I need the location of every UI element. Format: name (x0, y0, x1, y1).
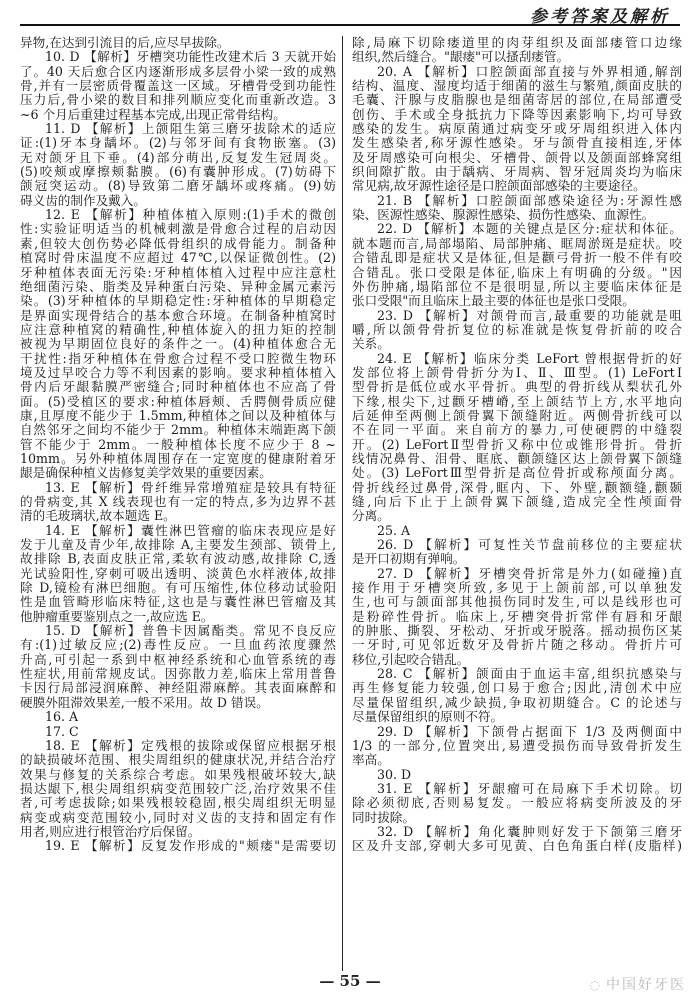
watermark: ◌中国好牙医 (590, 974, 686, 994)
text-line: 压力后,骨小梁的数目和排列顺应变化而重新改造。3 (20, 93, 336, 107)
text-line: 干扰性:指牙种植体在骨愈合过程不受口腔微生物环 (20, 352, 336, 366)
text-line: 的缺损破坏范围、根尖周组织的健康状况,并结合治疗 (20, 753, 336, 767)
text-line: 11. D 【解析】上颌阻生第三磨牙拔除术的适应 (20, 122, 336, 136)
text-line: 卡因行局部浸润麻醉、神经阻滞麻醉。其表面麻醉和 (20, 681, 336, 695)
text-line: 线情况鼻骨、泪骨、眶底、颧颌缝区达上颌骨翼下颌缝 (352, 452, 682, 466)
text-line: 境及过早咬合力等不利因素的影响。要求种植体植入 (20, 366, 336, 380)
text-line: 除必须彻底,否则易复发。一般应将病变所波及的牙 (352, 796, 682, 810)
text-line: 证:(1)牙本身龋坏。(2)与邻牙间有食物嵌塞。(3) (20, 136, 336, 150)
text-line: 骨内后牙龈黏膜严密缝合;同时种植体也不应高了骨 (20, 380, 336, 394)
text-line: 22. D 【解析】本题的关键点是区分:症状和体征。 (352, 222, 682, 236)
text-line: 绝细菌污染、脂类及异种蛋白污染、异种金属元素污 (20, 280, 336, 294)
left-column: 异物,在达到引流目的后,应尽早拔除。10. D 【解析】牙槽突功能性改建术后 3… (20, 36, 336, 854)
text-line: 10. D 【解析】牙槽突功能性改建术后 3 天就开始 (20, 50, 336, 64)
text-line: 同时拔除。 (352, 811, 682, 825)
text-line: 的骨病变,其 X 线表现也有一定的特点,多为边界不甚 (20, 495, 336, 509)
text-line: 光试验阳性,穿刺可吸出透明、淡黄色水样液体,故排 (20, 567, 336, 581)
text-line: 感染的发生。病原菌通过病变牙或牙周组织进入体内 (352, 122, 682, 136)
text-line: 25. A (352, 524, 682, 538)
text-line: 创伤、手术或全身抵抗力下降等因素影响下,均可导致 (352, 108, 682, 122)
text-line: 接作用于牙槽突所致,多见于上颌前部,可以单独发 (352, 581, 682, 595)
text-line: 32. D 【解析】角化囊肿则好发于下颌第三磨牙 (352, 825, 682, 839)
text-line: 16. A (20, 710, 336, 724)
text-line: 骨,并有一层密质骨覆盖这一区域。牙槽骨受到功能性 (20, 79, 336, 93)
text-line: 20. A 【解析】口腔颌面部直接与外界相通,解剖 (352, 65, 682, 79)
text-line: 12. E 【解析】种植体植入原则:(1)手术的微创 (20, 208, 336, 222)
text-line: 故排除 B,表面皮肤正常,柔软有波动感,故排除 C,透 (20, 552, 336, 566)
text-line: 病变或病变范围较小,同时对义齿的支持和固定有作 (20, 811, 336, 825)
text-line: 毛囊、汗腺与皮脂腺也是细菌寄居的部位,在局部遭受 (352, 93, 682, 107)
text-line: 无对颌牙且下垂。(4)部分萌出,反复发生冠周炎。 (20, 151, 336, 165)
text-line: 素,但较大创伤势必降低骨组织的成骨能力。制备种 (20, 237, 336, 251)
text-line: 生,也可与颌面部其他损伤同时发生,可以是线形也可 (352, 595, 682, 609)
text-line: 开。(2) LeFortⅡ型骨折又称中位或锥形骨折。骨折 (352, 438, 682, 452)
text-line: 性:实验证明适当的机械刺激是骨愈合过程的启动因 (20, 222, 336, 236)
right-column: 除,局麻下切除瘘道里的肉芽组织及面部瘘管口边缘组织,然后缝合。"龈瘘"可以搔刮瘘… (352, 36, 682, 854)
text-line: 张口受限"而且临床上最主要的体征也是张口受限。 (352, 294, 682, 308)
text-line: ~6 个月后重建过程基本完成,出现正常骨结构。 (20, 108, 336, 122)
text-line: 被视为早期固位良好的条件之一。(4)种植体愈合无 (20, 337, 336, 351)
text-line: 处。(3) LeFortⅢ型骨折是高位骨折或称颅面分离。 (352, 466, 682, 480)
text-line: 发于儿童及青少年,故排除 A,主要发生颈部、锁骨上, (20, 538, 336, 552)
text-line: 效果与修复的关系综合考虑。如果残根破坏较大,缺 (20, 768, 336, 782)
text-line: 康,且厚度不能少于 1.5mm,种植体之间以及种植体与 (20, 409, 336, 423)
text-line: 缝,向后下止于上颌骨翼下颌缝,造成完全性颅面骨 (352, 495, 682, 509)
text-line: 性症状,用前常规皮试。因弥散力差,临床上常用普鲁 (20, 667, 336, 681)
text-line: 升高,可引起一系到中枢神经系统和心血管系统的毒 (20, 653, 336, 667)
text-line: 13. E 【解析】骨纤维异常增殖症是较具有特征 (20, 481, 336, 495)
text-line: 及牙周感染可向根尖、牙槽骨、颌骨以及颌面部蜂窝组 (352, 151, 682, 165)
text-line: 他肿瘤重要鉴别点之一,故应选 E。 (20, 610, 336, 624)
wechat-icon: ◌ (590, 978, 602, 992)
text-line: 常见病,故牙源性途径是口腔颌面部感染的主要途径。 (352, 179, 682, 193)
text-line: 29. D 【解析】下颌骨占据面下 1/3 及两侧面中 (352, 725, 682, 739)
watermark-text: 中国好牙医 (606, 977, 686, 993)
text-line: 尽量保留组织的原则不符。 (352, 710, 682, 724)
text-line: 清的毛玻璃状,故本题选 E。 (20, 509, 336, 523)
text-line: 应注意种植窝的精确性,种植体旋入的扭力矩的控制 (20, 323, 336, 337)
text-line: 就本题而言,局部塌陷、局部肿痛、眶周淤斑是症状。咬 (352, 237, 682, 251)
text-line: 植窝时骨床温度不应超过 47℃,以保证微创性。(2) (20, 251, 336, 265)
text-line: 后延伸至两侧上颌骨翼下颌缝附近。两侧骨折线可以 (352, 409, 682, 423)
text-line: 关系。 (352, 337, 682, 351)
text-line: 损达龈下,根尖周组织病变范围较广泛,治疗效果不佳 (20, 782, 336, 796)
text-line: 26. D 【解析】可复性关节盘前移位的主要症状 (352, 538, 682, 552)
header-rule (20, 24, 680, 26)
text-line: 织间隙扩散。由于龋病、牙周病、智牙冠周炎均为临床 (352, 165, 682, 179)
text-line: 区及升支部,穿刺大多可见黄、白色角蛋白样(皮脂样) (352, 839, 682, 853)
text-line: 嚼,所以颌骨骨折复位的标准就是恢复骨折前的咬合 (352, 323, 682, 337)
text-line: 19. E 【解析】反复发作形成的"颊瘘"是需要切 (20, 839, 336, 853)
text-line: 14. E 【解析】囊性淋巴管瘤的临床表现应是好 (20, 524, 336, 538)
text-line: (5)咬颊或摩擦颊黏膜。(6)有囊肿形成。(7)妨碍下 (20, 165, 336, 179)
text-line: 除,局麻下切除瘘道里的肉芽组织及面部瘘管口边缘 (352, 36, 682, 50)
text-line: 发生感染者,称牙源性感染。牙与颌骨直接相连,牙体 (352, 136, 682, 150)
text-line: 了。40 天后愈合区内逐渐形成多层骨小梁一致的成熟 (20, 65, 336, 79)
text-line: 染。(3)牙种植体的早期稳定性:牙种植体的早期稳定 (20, 294, 336, 308)
text-line: 颌冠突运动。(8)导致第二磨牙龋坏或疼痛。(9)妨 (20, 179, 336, 193)
text-line: 除 D,镜检有淋巴细胞。有可压缩性,体位移动试验阳 (20, 581, 336, 595)
text-line: 染、医源性感染、腺源性感染、损伤性感染、血源性。 (352, 208, 682, 222)
text-line: 下缘,根尖下,过颧牙槽嵴,至上颌结节上方,水平地向 (352, 395, 682, 409)
text-line: 的肿胀、撕裂、牙松动、牙折或牙脱落。摇动损伤区某 (352, 624, 682, 638)
text-line: 21. B 【解析】口腔颌面部感染途径为:牙源性感 (352, 194, 682, 208)
text-line: 是开口初期有弹响。 (352, 552, 682, 566)
text-line: 龈是确保种植义齿修复美学效果的重要因素。 (20, 466, 336, 480)
text-line: 面。(5)受植区的要求:种植体唇颊、舌腭侧骨质应健 (20, 395, 336, 409)
text-line: 15. D 【解析】普鲁卡因属酯类。常见不良反应 (20, 624, 336, 638)
text-line: 结构、温度、湿度均适于细菌的滋生与繁殖,颜面皮肤的 (352, 79, 682, 93)
text-line: 管不能少于 2mm。一般种植体长度不应少于 8 ~ (20, 438, 336, 452)
text-line: 率高。 (352, 753, 682, 767)
text-line: 者,可考虑拔除;如果残根较稳固,根尖周组织无明显 (20, 796, 336, 810)
text-line: 移位,引起咬合错乱。 (352, 653, 682, 667)
text-line: 是界面实现骨结合的基本愈合环境。在制备种植窝时 (20, 309, 336, 323)
text-line: 性是血管畸形临床特征,这也是与囊性淋巴管瘤及其 (20, 595, 336, 609)
text-line: 合错乱。张口受限是体征,临床上有明确的分级。"因 (352, 266, 682, 280)
text-line: 型骨折是低位或水平骨折。典型的骨折线从梨状孔外 (352, 380, 682, 394)
text-line: 24. E 【解析】临床分类 LeFort 曾根据骨折的好 (352, 352, 682, 366)
text-line: 30. D (352, 768, 682, 782)
text-line: 尽量保留组织,减少缺损,争取初期缝合。C 的论述与 (352, 696, 682, 710)
text-line: 10mm。另外种植体周围存在一定宽度的健康附着牙 (20, 452, 336, 466)
text-line: 是粉碎性骨折。临床上,牙槽突骨折常伴有唇和牙龈 (352, 610, 682, 624)
text-line: 碍义齿的制作及戴入。 (20, 194, 336, 208)
text-line: 骨折线经过鼻骨,深骨,眶内、下、外壁,颧额缝,颧颞 (352, 481, 682, 495)
text-line: 一牙时,可见邻近数牙及骨折片随之移动。骨折片可 (352, 638, 682, 652)
text-line: 分离。 (352, 509, 682, 523)
text-line: 异物,在达到引流目的后,应尽早拔除。 (20, 36, 336, 50)
text-line: 27. D 【解析】牙槽突骨折常是外力(如碰撞)直 (352, 567, 682, 581)
text-line: 硬膜外阻滞效果差,一般不采用。故 D 错误。 (20, 696, 336, 710)
text-line: 再生修复能力较强,创口易于愈合;因此,清创术中应 (352, 681, 682, 695)
text-line: 28. C 【解析】颌面由于血运丰富,组织抗感染与 (352, 667, 682, 681)
text-line: 自然邻牙之间均不能少于 2mm。种植体末端距离下颌 (20, 423, 336, 437)
text-line: 1/3 的一部分,位置突出,易遭受损伤而导致骨折发生 (352, 739, 682, 753)
text-line: 不在同一平面。来自前方的暴力,可使硬腭的中缝裂 (352, 423, 682, 437)
text-line: 31. E 【解析】牙龈瘤可在局麻下手术切除。切 (352, 782, 682, 796)
text-line: 有:(1)过敏反应;(2)毒性反应。一旦血药浓度骤然 (20, 638, 336, 652)
text-line: 发部位将上颌骨骨折分为Ⅰ、Ⅱ、Ⅲ型。(1) LeFortⅠ (352, 366, 682, 380)
text-line: 组织,然后缝合。"龈瘘"可以搔刮瘘管。 (352, 50, 682, 64)
text-line: 用者,则应进行根管治疗后保留。 (20, 825, 336, 839)
column-divider (342, 36, 343, 971)
text-line: 外伤肿痛,塌陷部位不是很明显,所以主要临床体征是 (352, 280, 682, 294)
text-line: 18. E 【解析】定残根的拔除或保留应根据牙根 (20, 739, 336, 753)
text-line: 牙种植体表面无污染:牙种植体植入过程中应注意杜 (20, 266, 336, 280)
text-line: 23. D 【解析】对颌骨而言,最重要的功能就是咀 (352, 309, 682, 323)
text-line: 合错乱即是症状又是体征,但是颧弓骨折一般不伴有咬 (352, 251, 682, 265)
text-line: 17. C (20, 725, 336, 739)
